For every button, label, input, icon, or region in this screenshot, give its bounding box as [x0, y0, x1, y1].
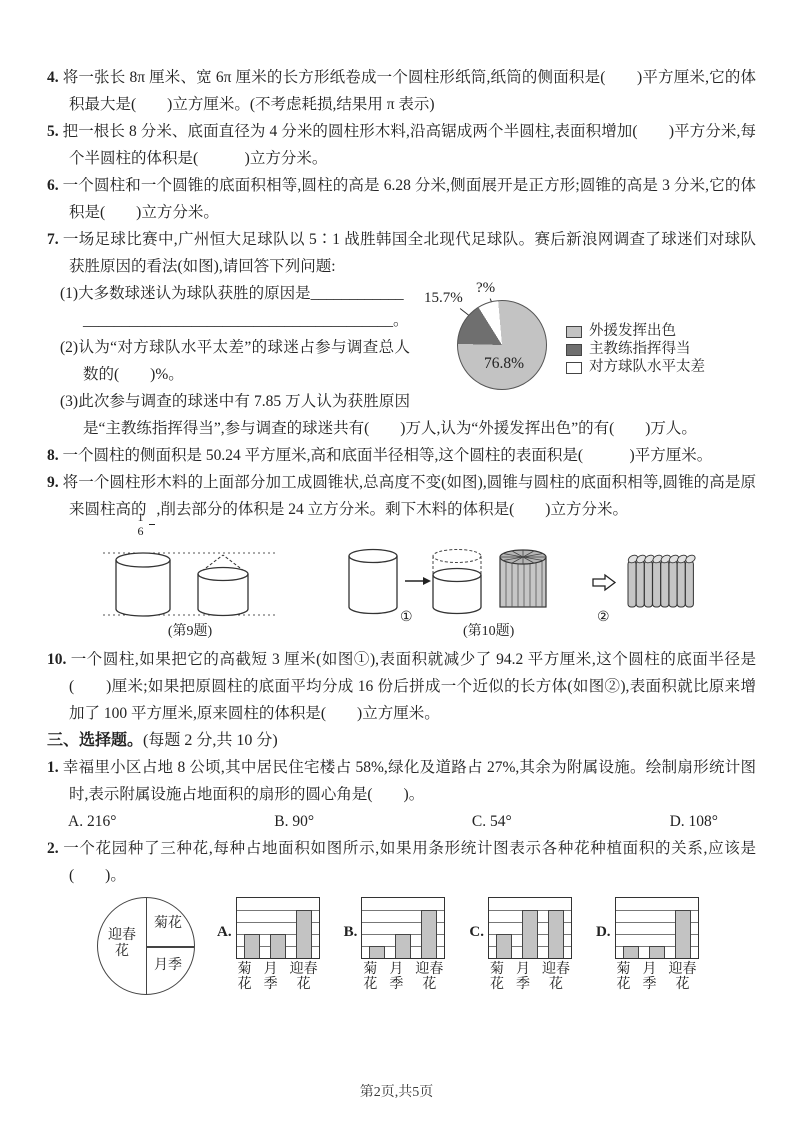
section-3-header: 三、选择题。(每题 2 分,共 10 分) — [47, 727, 756, 754]
pie-label-main-slice: 76.8% — [484, 356, 524, 372]
shortened-cylinder-icon — [433, 550, 481, 614]
bar-chart-frame — [361, 897, 445, 959]
bar — [244, 934, 260, 958]
question-number: 5. — [47, 123, 59, 140]
question-number: 10. — [47, 651, 66, 668]
x-label: 月 季 — [264, 962, 278, 992]
bar — [270, 934, 286, 958]
legend-swatch-light — [566, 326, 582, 338]
fraction-denominator: 6 — [149, 525, 155, 539]
x-label: 菊 花 — [490, 962, 504, 992]
bars — [237, 898, 319, 958]
figure-q9-caption: (第9题) — [95, 624, 285, 640]
figure-q10-caption: (第10题) — [345, 624, 705, 640]
option-c: C. 54° — [472, 808, 512, 835]
question-10: 10. 一个圆柱,如果把它的高截短 3 厘米(如图①),表面积就减少了 94.2… — [47, 646, 756, 727]
question-8: 8. 一个圆柱的侧面积是 50.24 平方厘米,高和底面半径相等,这个圆柱的表面… — [47, 442, 756, 469]
option-d: D. 108° — [670, 808, 718, 835]
pie-divider-horizontal — [146, 946, 194, 947]
question-number: 7. — [47, 231, 59, 248]
pie-label-left: 迎春 花 — [101, 928, 143, 960]
option-letter: A. — [217, 919, 232, 946]
question-text: 一个圆柱的侧面积是 50.24 平方厘米,高和底面半径相等,这个圆柱的表面积是(… — [63, 447, 713, 464]
choice-question-2: 2. 一个花园种了三种花,每种占地面积如图所示,如果用条形统计图表示各种花种植面… — [47, 835, 756, 889]
bar-chart-options: A. 菊 花 月 季 迎春 花 B. 菊 花 月 季 — [217, 897, 699, 992]
bar-chart-frame — [615, 897, 699, 959]
legend-label: 对方球队水平太差 — [589, 354, 705, 381]
cylinder-cut-diagram: ① — [345, 543, 705, 623]
question-text: 一个圆柱和一个圆锥的底面积相等,圆柱的高是 6.28 分米,侧面展开是正方形;圆… — [63, 177, 756, 221]
question-text: 一场足球比赛中,广州恒大足球队以 5∶1 战胜韩国全北现代足球队。赛后新浪网调查… — [63, 231, 756, 275]
question-number: 9. — [47, 474, 59, 491]
figures-row: (第9题) — [47, 543, 756, 640]
option-chart-c: C. 菊 花 月 季 迎春 花 — [469, 897, 572, 992]
section-note: (每题 2 分,共 10 分) — [143, 732, 278, 749]
pie-label-white-slice: ?% — [476, 280, 495, 296]
cylinder-icon — [349, 550, 397, 614]
pie-legend: 外援发挥出色 主教练指挥得当 对方球队水平太差 — [566, 324, 705, 375]
question-text: 一个圆柱,如果把它的高截短 3 厘米(如图①),表面积就减少了 94.2 平方厘… — [69, 651, 756, 722]
option-chart-b: B. 菊 花 月 季 迎春 花 — [344, 897, 446, 992]
bar — [649, 946, 665, 958]
x-label: 迎春 花 — [669, 962, 697, 992]
fraction-one-sixth: 16 — [147, 511, 157, 540]
x-label: 菊 花 — [238, 962, 252, 992]
x-label: 菊 花 — [617, 962, 631, 992]
bar-chart-frame — [488, 897, 572, 959]
legend-item: 对方球队水平太差 — [566, 360, 705, 375]
question-text: 将一张长 8π 厘米、宽 6π 厘米的长方形纸卷成一个圆柱形纸筒,纸筒的侧面积是… — [63, 69, 756, 113]
x-label: 迎春 花 — [542, 962, 570, 992]
bar — [496, 934, 512, 958]
right-arrow-icon — [405, 577, 431, 585]
figure-q10: ① — [345, 543, 705, 640]
q7-pie-chart: 15.7% ?% 76.8% 外援发挥出色 主教练指挥得当 对方球队水平太差 — [420, 280, 756, 406]
bars — [616, 898, 698, 958]
pie-label-top-right: 菊花 — [154, 916, 182, 932]
bars — [362, 898, 444, 958]
question-5: 5. 把一根长 8 分米、底面直径为 4 分米的圆柱形木料,沿高锯成两个半圆柱,… — [47, 118, 756, 172]
option-a: A. 216° — [68, 808, 116, 835]
bar — [548, 910, 564, 958]
bar — [623, 946, 639, 958]
x-label: 月 季 — [643, 962, 657, 992]
question-6: 6. 一个圆柱和一个圆锥的底面积相等,圆柱的高是 6.28 分米,侧面展开是正方… — [47, 172, 756, 226]
q7-pie — [457, 300, 547, 390]
question-4: 4. 将一张长 8π 厘米、宽 6π 厘米的长方形纸卷成一个圆柱形纸筒,纸筒的侧… — [47, 64, 756, 118]
legend-swatch-white — [566, 362, 582, 374]
x-label: 迎春 花 — [415, 962, 443, 992]
bar — [522, 910, 538, 958]
bar — [395, 934, 411, 958]
page-footer: 第2页,共5页 — [0, 1079, 793, 1106]
bar — [421, 910, 437, 958]
pie-label-dark-slice: 15.7% — [424, 290, 463, 306]
bars — [489, 898, 571, 958]
x-label: 菊 花 — [363, 962, 377, 992]
double-arrow-icon — [593, 575, 615, 590]
option-chart-d: D. 菊 花 月 季 迎春 花 — [596, 897, 699, 992]
question-7: 7. 一场足球比赛中,广州恒大足球队以 5∶1 战胜韩国全北现代足球队。赛后新浪… — [47, 226, 756, 280]
question-number: 6. — [47, 177, 59, 194]
question-text: 一个花园种了三种花,每种占地面积如图所示,如果用条形统计图表示各种花种植面积的关… — [63, 840, 756, 884]
bar-x-labels: 菊 花 月 季 迎春 花 — [488, 962, 572, 992]
flower-pie-chart: 迎春 花 菊花 月季 — [97, 897, 195, 995]
choice-2-charts: 迎春 花 菊花 月季 A. 菊 花 月 季 迎春 花 B. — [97, 897, 756, 995]
bar-chart-frame — [236, 897, 320, 959]
question-text: 幸福里小区占地 8 公顷,其中居民住宅楼占 58%,绿化及道路占 27%,其余为… — [63, 759, 756, 803]
option-letter: C. — [469, 919, 484, 946]
choice-question-1: 1. 幸福里小区占地 8 公顷,其中居民住宅楼占 58%,绿化及道路占 27%,… — [47, 754, 756, 808]
bar — [675, 910, 691, 958]
option-letter: D. — [596, 919, 611, 946]
question-number: 2. — [47, 840, 59, 857]
assembled-slices-icon — [627, 554, 696, 607]
question-number: 1. — [47, 759, 59, 776]
x-label: 月 季 — [516, 962, 530, 992]
cylinder-cone-diagram — [95, 543, 285, 623]
section-title: 三、选择题。 — [47, 732, 143, 749]
figure-q9: (第9题) — [95, 543, 285, 640]
legend-swatch-dark — [566, 344, 582, 356]
bar-x-labels: 菊 花 月 季 迎春 花 — [361, 962, 445, 992]
question-number: 8. — [47, 447, 59, 464]
sectored-cylinder-icon — [500, 550, 546, 607]
question-9: 9. 将一个圆柱形木料的上面部分加工成圆锥状,总高度不变(如图),圆锥与圆柱的底… — [47, 469, 756, 539]
fraction-numerator: 1 — [149, 511, 155, 526]
circled-one-label: ① — [400, 610, 413, 623]
question-7-subitems: 15.7% ?% 76.8% 外援发挥出色 主教练指挥得当 对方球队水平太差 — [47, 280, 756, 442]
option-b: B. 90° — [274, 808, 314, 835]
pie-label-bottom-right: 月季 — [154, 958, 182, 974]
circled-two-label: ② — [597, 610, 610, 623]
option-letter: B. — [344, 919, 358, 946]
question-text: 把一根长 8 分米、底面直径为 4 分米的圆柱形木料,沿高锯成两个半圆柱,表面积… — [63, 123, 756, 167]
cylinder-icon — [116, 553, 170, 616]
bar — [296, 910, 312, 958]
bar — [369, 946, 385, 958]
x-label: 月 季 — [389, 962, 403, 992]
option-chart-a: A. 菊 花 月 季 迎春 花 — [217, 897, 320, 992]
choice-1-options: A. 216° B. 90° C. 54° D. 108° — [47, 808, 756, 835]
cylinder-with-cone-icon — [198, 555, 248, 616]
bar-x-labels: 菊 花 月 季 迎春 花 — [236, 962, 320, 992]
x-label: 迎春 花 — [290, 962, 318, 992]
bar-x-labels: 菊 花 月 季 迎春 花 — [615, 962, 699, 992]
question-number: 4. — [47, 69, 59, 86]
question-text: ,削去部分的体积是 24 立方分米。剩下木料的体积是( )立方分米。 — [157, 501, 628, 518]
exam-page: 4. 将一张长 8π 厘米、宽 6π 厘米的长方形纸卷成一个圆柱形纸筒,纸筒的侧… — [0, 0, 793, 1122]
